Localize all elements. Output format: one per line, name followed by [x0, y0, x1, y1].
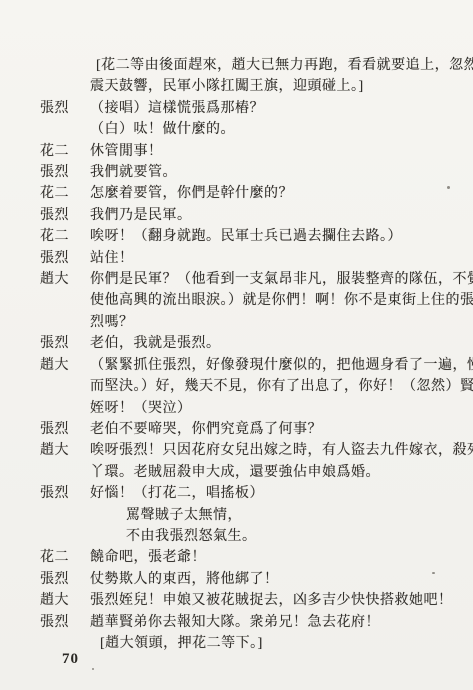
entry-lines: 好惱！（打花二，唱搖板）: [90, 483, 453, 504]
speaker-label: 花二: [40, 547, 90, 568]
script-entry: 張烈（接唱）這樣慌張爲那樁？（白）呔！做什麼的。: [40, 98, 453, 141]
dialogue-line: 老伯，我就是張烈。: [90, 333, 453, 354]
entry-lines: 你們是民軍？（他看到一支氣昂非凡，服裝整齊的隊伍，不覺使他高興的流出眼淚。）就是…: [90, 269, 473, 333]
speaker-label: 張烈: [40, 98, 90, 141]
script-entry: 花二饒命吧，張老爺！: [40, 547, 453, 568]
speaker-label: [40, 55, 90, 98]
script-entry: 罵聲賊子太無情，不由我張烈怒氣生。: [40, 505, 453, 548]
entry-lines: 站住！: [90, 248, 453, 269]
dialogue-line: 好惱！（打花二，唱搖板）: [90, 483, 453, 504]
scan-speck: [92, 668, 94, 670]
speaker-label: 趙大: [40, 355, 90, 419]
entry-lines: 唉呀張烈！只因花府女兒出嫁之時，有人盜去九件嫁衣，殺死丫環。老賊屈殺申大成，還要…: [90, 440, 473, 483]
speaker-label: 張烈: [40, 333, 90, 354]
script-entry: 張烈仗勢欺人的東西，將他綁了！: [40, 569, 453, 590]
dialogue-line: （接唱）這樣慌張爲那樁？: [90, 98, 453, 119]
stage-direction-line: [趙大領頭，押花二等下。]: [100, 633, 453, 654]
dialogue-line: 休管閒事！: [90, 141, 453, 162]
entry-lines: 我們乃是民軍。: [90, 205, 453, 226]
dialogue-line: 仗勢欺人的東西，將他綁了！: [90, 569, 453, 590]
script-entry: 張烈趙華賢弟你去報知大隊。衆弟兄！急去花府！: [40, 612, 453, 633]
dialogue-line: 你們是民軍？（他看到一支氣昂非凡，服裝整齊的隊伍，不覺: [90, 269, 473, 290]
stage-direction-line: [花二等由後面趕來，趙大已無力再跑，看看就要追上，忽然: [90, 55, 473, 76]
script-entry: 張烈好惱！（打花二，唱搖板）: [40, 483, 453, 504]
speaker-label: 趙大: [40, 269, 90, 333]
stage-direction-line: 震天鼓響，民軍小隊扛闖王旗，迎頭碰上。]: [90, 76, 473, 97]
dialogue-line: 怎麼着要管，你們是幹什麼的？: [90, 183, 453, 204]
entry-lines: 仗勢欺人的東西，將他綁了！: [90, 569, 453, 590]
speaker-label: 張烈: [40, 612, 90, 633]
dialogue-line: 使他高興的流出眼淚。）就是你們！啊！你不是東街上住的張: [90, 290, 473, 311]
dialogue-line: 我們乃是民軍。: [90, 205, 453, 226]
dialogue-line: 唉呀！（翻身就跑。民軍士兵已過去攔住去路。）: [90, 226, 453, 247]
script-entry: 花二唉呀！（翻身就跑。民軍士兵已過去攔住去路。）: [40, 226, 453, 247]
dialogue-line: 我們就要管。: [90, 162, 453, 183]
entry-lines: 饒命吧，張老爺！: [90, 547, 453, 568]
dialogue-line: 丫環。老賊屈殺申大成，還要強佔申娘爲婚。: [90, 462, 473, 483]
dialogue-line: 站住！: [90, 248, 453, 269]
dialogue-line: 饒命吧，張老爺！: [90, 547, 453, 568]
script-entry: 趙大你們是民軍？（他看到一支氣昂非凡，服裝整齊的隊伍，不覺使他高興的流出眼淚。）…: [40, 269, 453, 333]
dialogue-line: （白）呔！做什麼的。: [90, 119, 453, 140]
dialogue-line: 張烈姪兒！申娘又被花賊捉去，凶多吉少快快搭救她吧！: [90, 590, 453, 611]
script-entry: 花二休管閒事！: [40, 141, 453, 162]
speaker-label: 花二: [40, 226, 90, 247]
entry-lines: 休管閒事！: [90, 141, 453, 162]
script-entry: 張烈我們就要管。: [40, 162, 453, 183]
script-entry: [趙大領頭，押花二等下。]: [40, 633, 453, 654]
entry-lines: 老伯，我就是張烈。: [90, 333, 453, 354]
dialogue-line: 趙華賢弟你去報知大隊。衆弟兄！急去花府！: [90, 612, 453, 633]
script-entry: 張烈我們乃是民軍。: [40, 205, 453, 226]
speaker-label: [40, 505, 90, 548]
dialogue-line: 不由我張烈怒氣生。: [126, 526, 453, 547]
entry-lines: 唉呀！（翻身就跑。民軍士兵已過去攔住去路。）: [90, 226, 453, 247]
scan-speck: [432, 572, 435, 574]
speaker-label: 張烈: [40, 419, 90, 440]
dialogue-line: 烈嗎？: [90, 312, 473, 333]
scanned-script-page: [花二等由後面趕來，趙大已無力再跑，看看就要追上，忽然震天鼓響，民軍小隊扛闖王旗…: [0, 0, 473, 690]
entry-lines: [趙大領頭，押花二等下。]: [90, 633, 453, 654]
entry-lines: 趙華賢弟你去報知大隊。衆弟兄！急去花府！: [90, 612, 453, 633]
script-entry: 趙大張烈姪兒！申娘又被花賊捉去，凶多吉少快快搭救她吧！: [40, 590, 453, 611]
speaker-label: 趙大: [40, 440, 90, 483]
speaker-label: 花二: [40, 183, 90, 204]
dialogue-line: （緊緊抓住張烈，好像發現什麼似的，把他週身看了一遍，慢: [90, 355, 473, 376]
speaker-label: 張烈: [40, 205, 90, 226]
dialogue-line: 而堅決。）好，幾天不見，你有了出息了，你好！（忽然）賢: [90, 376, 473, 397]
script-entry: 趙大唉呀張烈！只因花府女兒出嫁之時，有人盜去九件嫁衣，殺死丫環。老賊屈殺申大成，…: [40, 440, 453, 483]
speaker-label: 花二: [40, 141, 90, 162]
dialogue-line: 罵聲賊子太無情，: [126, 505, 453, 526]
entry-lines: 我們就要管。: [90, 162, 453, 183]
script-entry: 張烈老伯，我就是張烈。: [40, 333, 453, 354]
page-number: 70: [62, 651, 79, 668]
speaker-label: 張烈: [40, 248, 90, 269]
speaker-label: 趙大: [40, 590, 90, 611]
script-entry: 張烈老伯不要啼哭，你們究竟爲了何事？: [40, 419, 453, 440]
entry-lines: （緊緊抓住張烈，好像發現什麼似的，把他週身看了一遍，慢而堅決。）好，幾天不見，你…: [90, 355, 473, 419]
script-entry: 趙大（緊緊抓住張烈，好像發現什麼似的，把他週身看了一遍，慢而堅決。）好，幾天不見…: [40, 355, 453, 419]
dialogue-line: 老伯不要啼哭，你們究竟爲了何事？: [90, 419, 453, 440]
entry-lines: 怎麼着要管，你們是幹什麼的？: [90, 183, 453, 204]
entry-lines: 罵聲賊子太無情，不由我張烈怒氣生。: [90, 505, 453, 548]
entry-lines: [花二等由後面趕來，趙大已無力再跑，看看就要追上，忽然震天鼓響，民軍小隊扛闖王旗…: [90, 55, 473, 98]
script-entry: 張烈站住！: [40, 248, 453, 269]
script-text-block: [花二等由後面趕來，趙大已無力再跑，看看就要追上，忽然震天鼓響，民軍小隊扛闖王旗…: [40, 55, 453, 654]
dialogue-line: 姪呀！（哭泣）: [90, 398, 473, 419]
script-entry: 花二怎麼着要管，你們是幹什麼的？: [40, 183, 453, 204]
speaker-label: 張烈: [40, 569, 90, 590]
entry-lines: （接唱）這樣慌張爲那樁？（白）呔！做什麼的。: [90, 98, 453, 141]
scan-speck: [447, 186, 450, 189]
entry-lines: 張烈姪兒！申娘又被花賊捉去，凶多吉少快快搭救她吧！: [90, 590, 453, 611]
speaker-label: 張烈: [40, 162, 90, 183]
entry-lines: 老伯不要啼哭，你們究竟爲了何事？: [90, 419, 453, 440]
script-entry: [花二等由後面趕來，趙大已無力再跑，看看就要追上，忽然震天鼓響，民軍小隊扛闖王旗…: [40, 55, 453, 98]
dialogue-line: 唉呀張烈！只因花府女兒出嫁之時，有人盜去九件嫁衣，殺死: [90, 440, 473, 461]
speaker-label: 張烈: [40, 483, 90, 504]
